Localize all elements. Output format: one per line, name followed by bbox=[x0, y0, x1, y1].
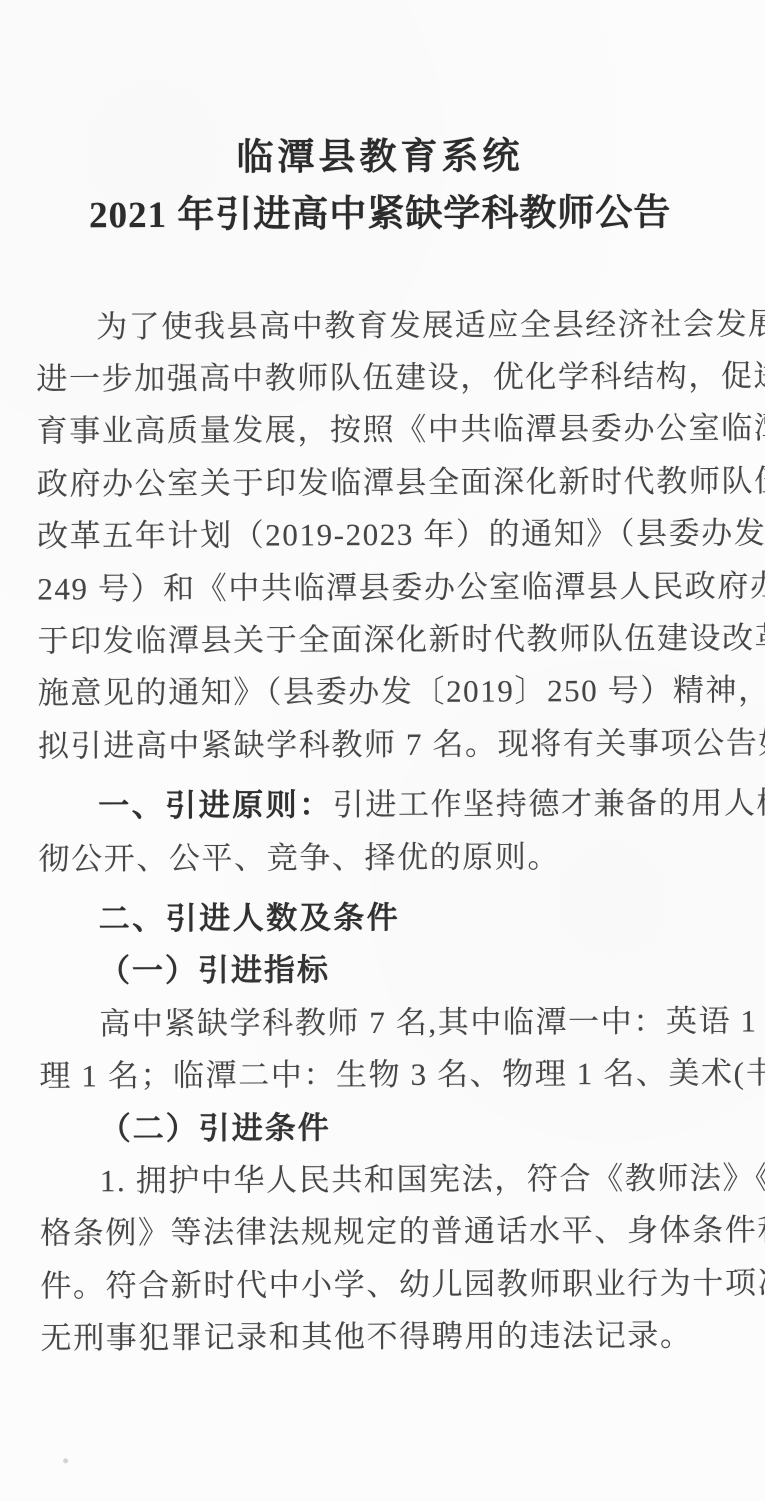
section-2-2-line: 件。符合新时代中小学、幼儿园教师职业行为十项准则要求， bbox=[40, 1253, 740, 1308]
section-2-2-line: 1. 拥护中华人民共和国宪法，符合《教师法》《教师资 bbox=[40, 1149, 740, 1204]
intro-line: 拟引进高中紧缺学科教师 7 名。现将有关事项公告如下： bbox=[38, 714, 738, 769]
title-block: 临潭县教育系统 2021 年引进高中紧缺学科教师公告 bbox=[0, 132, 763, 240]
intro-line: 进一步加强高中教师队伍建设，优化学科结构，促进我县教 bbox=[36, 347, 736, 402]
intro-line: 249 号）和《中共临潭县委办公室临潭县人民政府办公室关 bbox=[37, 556, 737, 611]
intro-line: 政府办公室关于印发临潭县全面深化新时代教师队伍建设 bbox=[37, 452, 737, 507]
section-2-heading-line: 二、引进人数及条件 bbox=[39, 887, 739, 942]
intro-line: 育事业高质量发展，按照《中共临潭县委办公室临潭县人民 bbox=[36, 399, 736, 454]
section-2-1-heading-line: （一）引进指标 bbox=[39, 939, 739, 994]
section-1-line: 一、引进原则： 引进工作坚持德才兼备的用人标准，贯 bbox=[38, 774, 738, 829]
section-2-2-line: 格条例》等法律法规规定的普通话水平、身体条件和心理条 bbox=[40, 1201, 740, 1256]
section-2-2-heading: （二）引进条件 bbox=[100, 1102, 331, 1148]
section-2-1-line: 理 1 名；临潭二中：生物 3 名、物理 1 名、美术(书法)1 名。 bbox=[39, 1044, 739, 1099]
announcement-title-line-1: 临潭县教育系统 bbox=[0, 132, 763, 183]
announcement-title-line-2: 2021 年引进高中紧缺学科教师公告 bbox=[0, 189, 763, 240]
section-2-1-line: 高中紧缺学科教师 7 名,其中临潭一中：英语 1 名、物 bbox=[39, 992, 739, 1047]
announcement-document: 临潭县教育系统 2021 年引进高中紧缺学科教师公告 为了使我县高中教育发展适应… bbox=[0, 0, 765, 1501]
scan-speck bbox=[63, 1458, 68, 1463]
intro-line: 于印发临潭县关于全面深化新时代教师队伍建设改革的实 bbox=[37, 609, 737, 664]
body-text: 为了使我县高中教育发展适应全县经济社会发展需要， 进一步加强高中教师队伍建设，优… bbox=[36, 294, 741, 1361]
section-2-1-heading: （一）引进指标 bbox=[99, 945, 330, 991]
section-2-2-line: 无刑事犯罪记录和其他不得聘用的违法记录。 bbox=[40, 1306, 740, 1361]
section-1-heading: 一、引进原则： bbox=[98, 779, 333, 825]
section-1-text: 引进工作坚持德才兼备的用人标准，贯 bbox=[333, 777, 765, 824]
intro-line: 施意见的通知》（县委办发〔2019〕250 号）精神，教育局 bbox=[38, 661, 738, 716]
section-2-2-heading-line: （二）引进条件 bbox=[40, 1096, 740, 1151]
section-2-heading: 二、引进人数及条件 bbox=[99, 892, 401, 938]
scanned-page: 临潭县教育系统 2021 年引进高中紧缺学科教师公告 为了使我县高中教育发展适应… bbox=[0, 0, 765, 1501]
intro-line: 为了使我县高中教育发展适应全县经济社会发展需要， bbox=[36, 294, 736, 349]
section-1-continuation: 彻公开、公平、竞争、择优的原则。 bbox=[38, 826, 738, 881]
intro-line: 改革五年计划（2019-2023 年）的通知》（县委办发〔2019〕 bbox=[37, 504, 737, 559]
